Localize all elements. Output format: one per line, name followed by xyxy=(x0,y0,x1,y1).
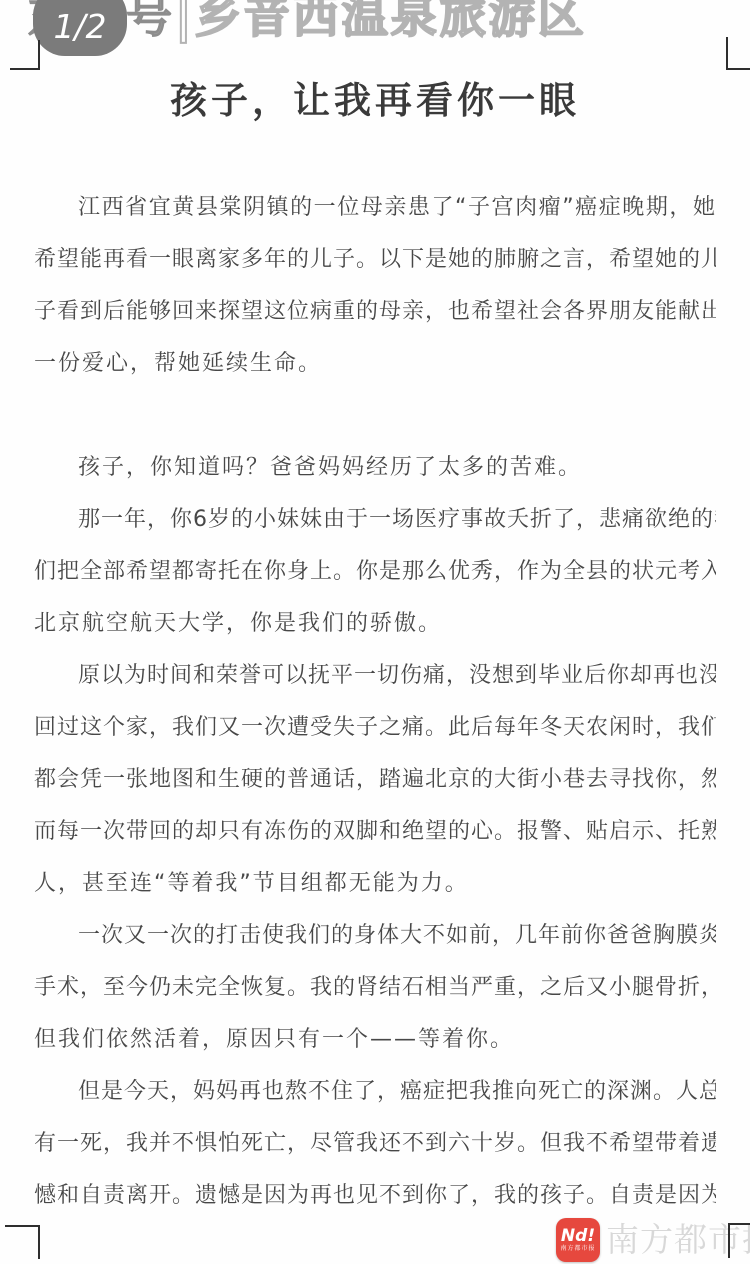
page-indicator-label: 1/2 xyxy=(53,7,106,46)
letter-line: 而每一次带回的却只有冻伤的双脚和绝望的心。报警、贴启示、托熟 xyxy=(34,806,716,858)
letter-line: 们把全部希望都寄托在你身上。你是那么优秀，作为全县的状元考入 xyxy=(34,546,716,598)
letter-line: 一份爱心，帮她延续生命。 xyxy=(34,338,716,390)
letter-line: 但我们依然活着，原因只有一个——等着你。 xyxy=(34,1014,716,1066)
paragraph-spacer xyxy=(34,390,716,442)
header-title-outline: |乡音西温泉旅游区 xyxy=(175,0,587,43)
crop-corner-top-left xyxy=(10,40,40,70)
logo-nd-text: Nd! xyxy=(561,1227,595,1245)
crop-corner-bottom-left xyxy=(5,1225,40,1259)
letter-line: 子看到后能够回来探望这位病重的母亲，也希望社会各界朋友能献出 xyxy=(34,286,716,338)
logo-sub-text: 南方都市报 xyxy=(560,1245,595,1253)
letter-line: 一次又一次的打击使我们的身体大不如前，几年前你爸爸胸膜炎 xyxy=(34,910,716,962)
footer: Nd! 南方都市报 南方都市报 xyxy=(0,1216,750,1264)
letter-line: 有一死，我并不惧怕死亡，尽管我还不到六十岁。但我不希望带着遗 xyxy=(34,1118,716,1170)
letter-title: 孩子，让我再看你一眼 xyxy=(0,70,750,124)
letter-line: 人，甚至连“等着我”节目组都无能为力。 xyxy=(34,858,716,910)
photo-viewer-image[interactable]: 东方号|乡音西温泉旅游区 1/2 孩子，让我再看你一眼 江西省宜黄县棠阴镇的一位… xyxy=(0,0,750,1264)
letter-line: 孩子，你知道吗？爸爸妈妈经历了太多的苦难。 xyxy=(34,442,716,494)
letter-line: 都会凭一张地图和生硬的普通话，踏遍北京的大街小巷去寻找你，然 xyxy=(34,754,716,806)
letter-line: 那一年，你6岁的小妹妹由于一场医疗事故夭折了，悲痛欲绝的我 xyxy=(34,494,716,546)
page-indicator-badge: 1/2 xyxy=(33,0,127,56)
crop-corner-top-right xyxy=(726,37,750,70)
letter-body: 江西省宜黄县棠阴镇的一位母亲患了“子宫肉瘤”癌症晚期，她希望能再看一眼离家多年的… xyxy=(34,182,716,1222)
letter-line: 原以为时间和荣誉可以抚平一切伤痛，没想到毕业后你却再也没 xyxy=(34,650,716,702)
letter-line: 江西省宜黄县棠阴镇的一位母亲患了“子宫肉瘤”癌症晚期，她 xyxy=(34,182,716,234)
letter-line: 但是今天，妈妈再也熬不住了，癌症把我推向死亡的深渊。人总 xyxy=(34,1066,716,1118)
crop-corner-bottom-right xyxy=(728,1223,750,1258)
letter-line: 希望能再看一眼离家多年的儿子。以下是她的肺腑之言，希望她的儿 xyxy=(34,234,716,286)
letter-line: 憾和自责离开。遗憾是因为再也见不到你了，我的孩子。自责是因为 xyxy=(34,1170,716,1222)
letter-line: 回过这个家，我们又一次遭受失子之痛。此后每年冬天农闲时，我们 xyxy=(34,702,716,754)
letter-line: 北京航空航天大学，你是我们的骄傲。 xyxy=(34,598,716,650)
letter-line: 手术，至今仍未完全恢复。我的肾结石相当严重，之后又小腿骨折， xyxy=(34,962,716,1014)
nandu-daily-logo: Nd! 南方都市报 xyxy=(556,1218,600,1262)
